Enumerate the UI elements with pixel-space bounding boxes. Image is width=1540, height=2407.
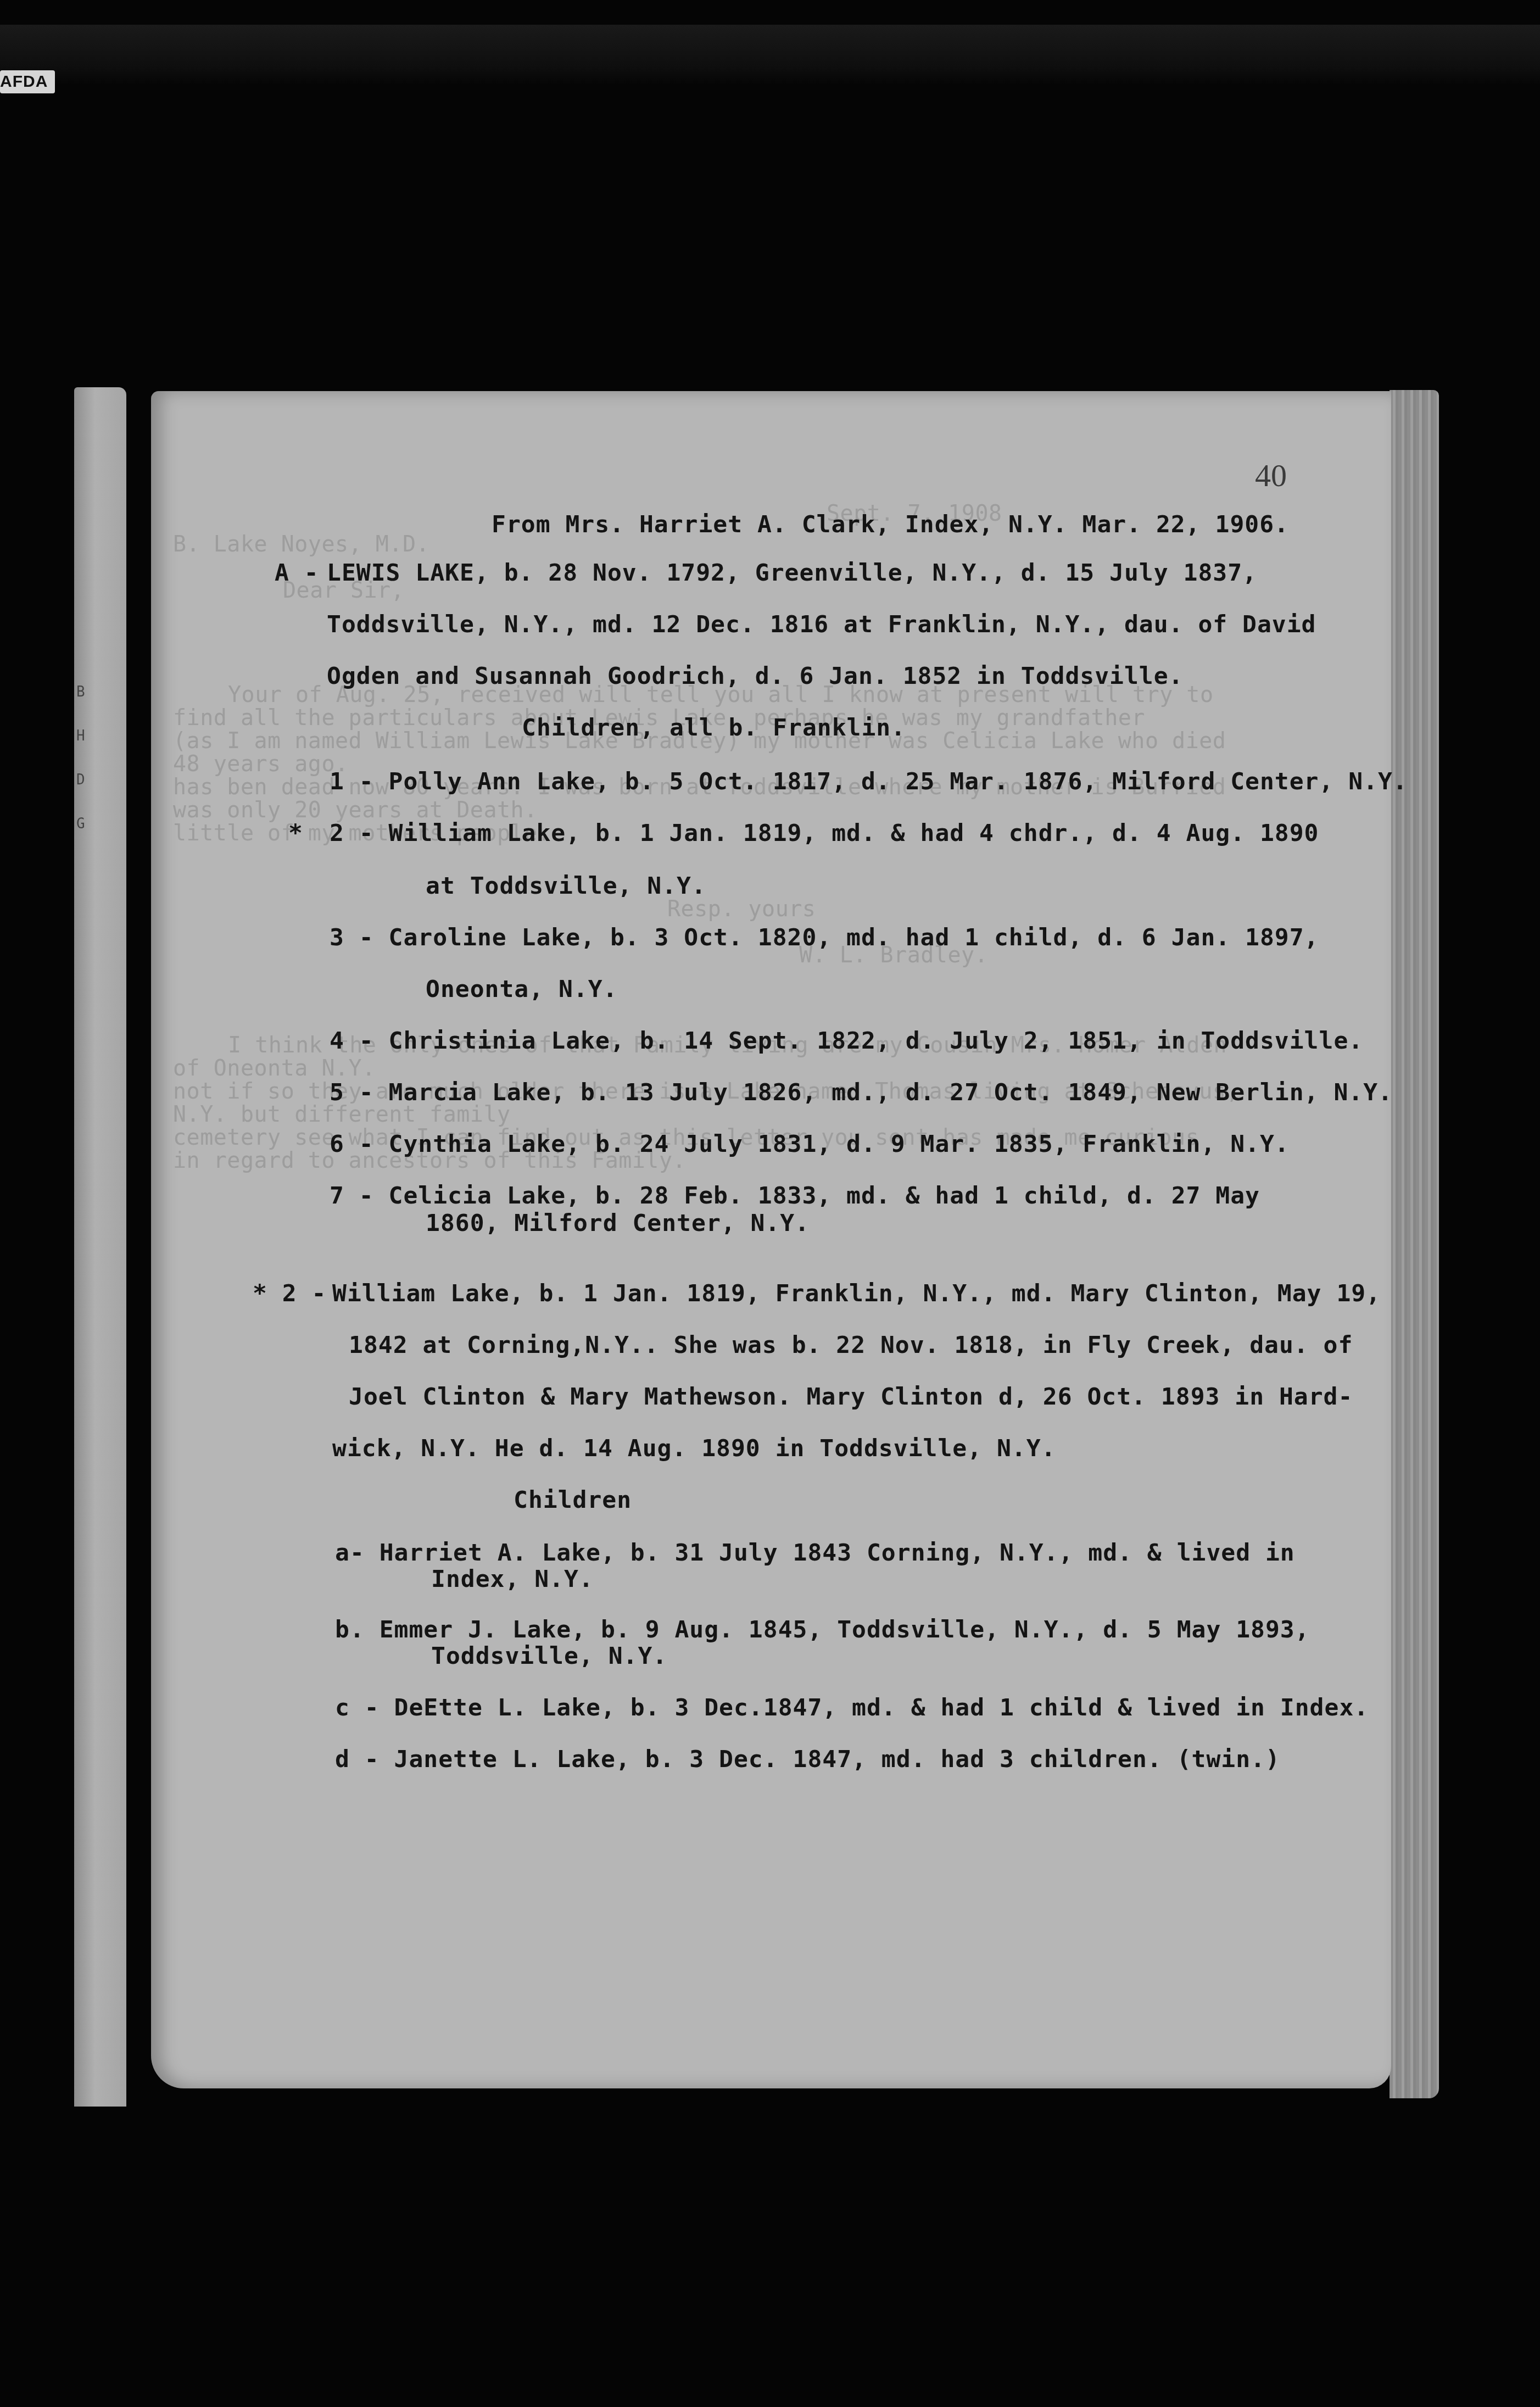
- bleed-through-line: B. Lake Noyes, M.D.: [173, 532, 429, 557]
- child-entry-continuation: Oneonta, N.Y.: [426, 976, 618, 1003]
- bleed-through-line: 48 years ago.: [173, 751, 349, 777]
- margin-char: B: [76, 684, 85, 700]
- child-entry-continuation: Index, N.Y.: [431, 1565, 594, 1593]
- section-2-line: William Lake, b. 1 Jan. 1819, Franklin, …: [332, 1280, 1381, 1307]
- film-corner-mark: AFDA: [0, 70, 55, 93]
- child-entry: 7 - Celicia Lake, b. 28 Feb. 1833, md. &…: [330, 1182, 1260, 1210]
- section-a-line: Ogden and Susannah Goodrich, d. 6 Jan. 1…: [327, 662, 1184, 690]
- child-entry: d - Janette L. Lake, b. 3 Dec. 1847, md.…: [335, 1746, 1280, 1773]
- section-a-line: Toddsville, N.Y., md. 12 Dec. 1816 at Fr…: [327, 611, 1316, 638]
- section-2-marker: * 2 -: [253, 1280, 326, 1307]
- page-stack-edge: [1390, 390, 1439, 2098]
- child-entry: 3 - Caroline Lake, b. 3 Oct. 1820, md. h…: [330, 924, 1319, 951]
- child-entry: a- Harriet A. Lake, b. 31 July 1843 Corn…: [335, 1539, 1295, 1567]
- margin-char: G: [76, 816, 85, 832]
- document-page: Sept. 7, 1908 B. Lake Noyes, M.D. Dear S…: [151, 391, 1391, 2088]
- child-entry: c - DeEtte L. Lake, b. 3 Dec.1847, md. &…: [335, 1694, 1369, 1721]
- children-heading: Children: [514, 1486, 632, 1514]
- child-entry: b. Emmer J. Lake, b. 9 Aug. 1845, Toddsv…: [335, 1616, 1310, 1643]
- margin-char: H: [76, 728, 85, 744]
- document-header: From Mrs. Harriet A. Clark, Index, N.Y. …: [492, 511, 1289, 538]
- bleed-through-line: Resp. yours: [667, 896, 816, 922]
- children-heading: Children, all b. Franklin.: [522, 714, 906, 742]
- child-entry-continuation: Toddsville, N.Y.: [431, 1642, 667, 1670]
- margin-char: D: [76, 772, 85, 788]
- child-entry: 2 - William Lake, b. 1 Jan. 1819, md. & …: [330, 820, 1319, 847]
- section-a-line: LEWIS LAKE, b. 28 Nov. 1792, Greenville,…: [327, 559, 1257, 587]
- page-number: 40: [1255, 457, 1287, 494]
- child-entry: 5 - Marcia Lake, b. 13 July 1826, md., d…: [330, 1079, 1393, 1106]
- child-entry-continuation: 1860, Milford Center, N.Y.: [426, 1210, 810, 1237]
- child-entry: 1 - Polly Ann Lake, b. 5 Oct. 1817, d. 2…: [330, 768, 1408, 795]
- child-entry-continuation: at Toddsville, N.Y.: [426, 872, 706, 900]
- child-entry: 6 - Cynthia Lake, b. 24 July 1831, d. 9 …: [330, 1130, 1290, 1158]
- film-strip: [0, 25, 1540, 85]
- section-2-line: wick, N.Y. He d. 14 Aug. 1890 in Toddsvi…: [332, 1435, 1056, 1462]
- adjacent-page-edge: B H D G: [74, 387, 126, 2107]
- bleed-through-line: of Oneonta N.Y.: [173, 1056, 376, 1081]
- section-a-marker: A -: [275, 559, 319, 587]
- child-entry: 4 - Christinia Lake, b. 14 Sept. 1822, d…: [330, 1027, 1363, 1055]
- star-marker: *: [288, 820, 303, 847]
- section-2-line: Joel Clinton & Mary Mathewson. Mary Clin…: [349, 1383, 1353, 1411]
- section-2-line: 1842 at Corning,N.Y.. She was b. 22 Nov.…: [349, 1331, 1353, 1359]
